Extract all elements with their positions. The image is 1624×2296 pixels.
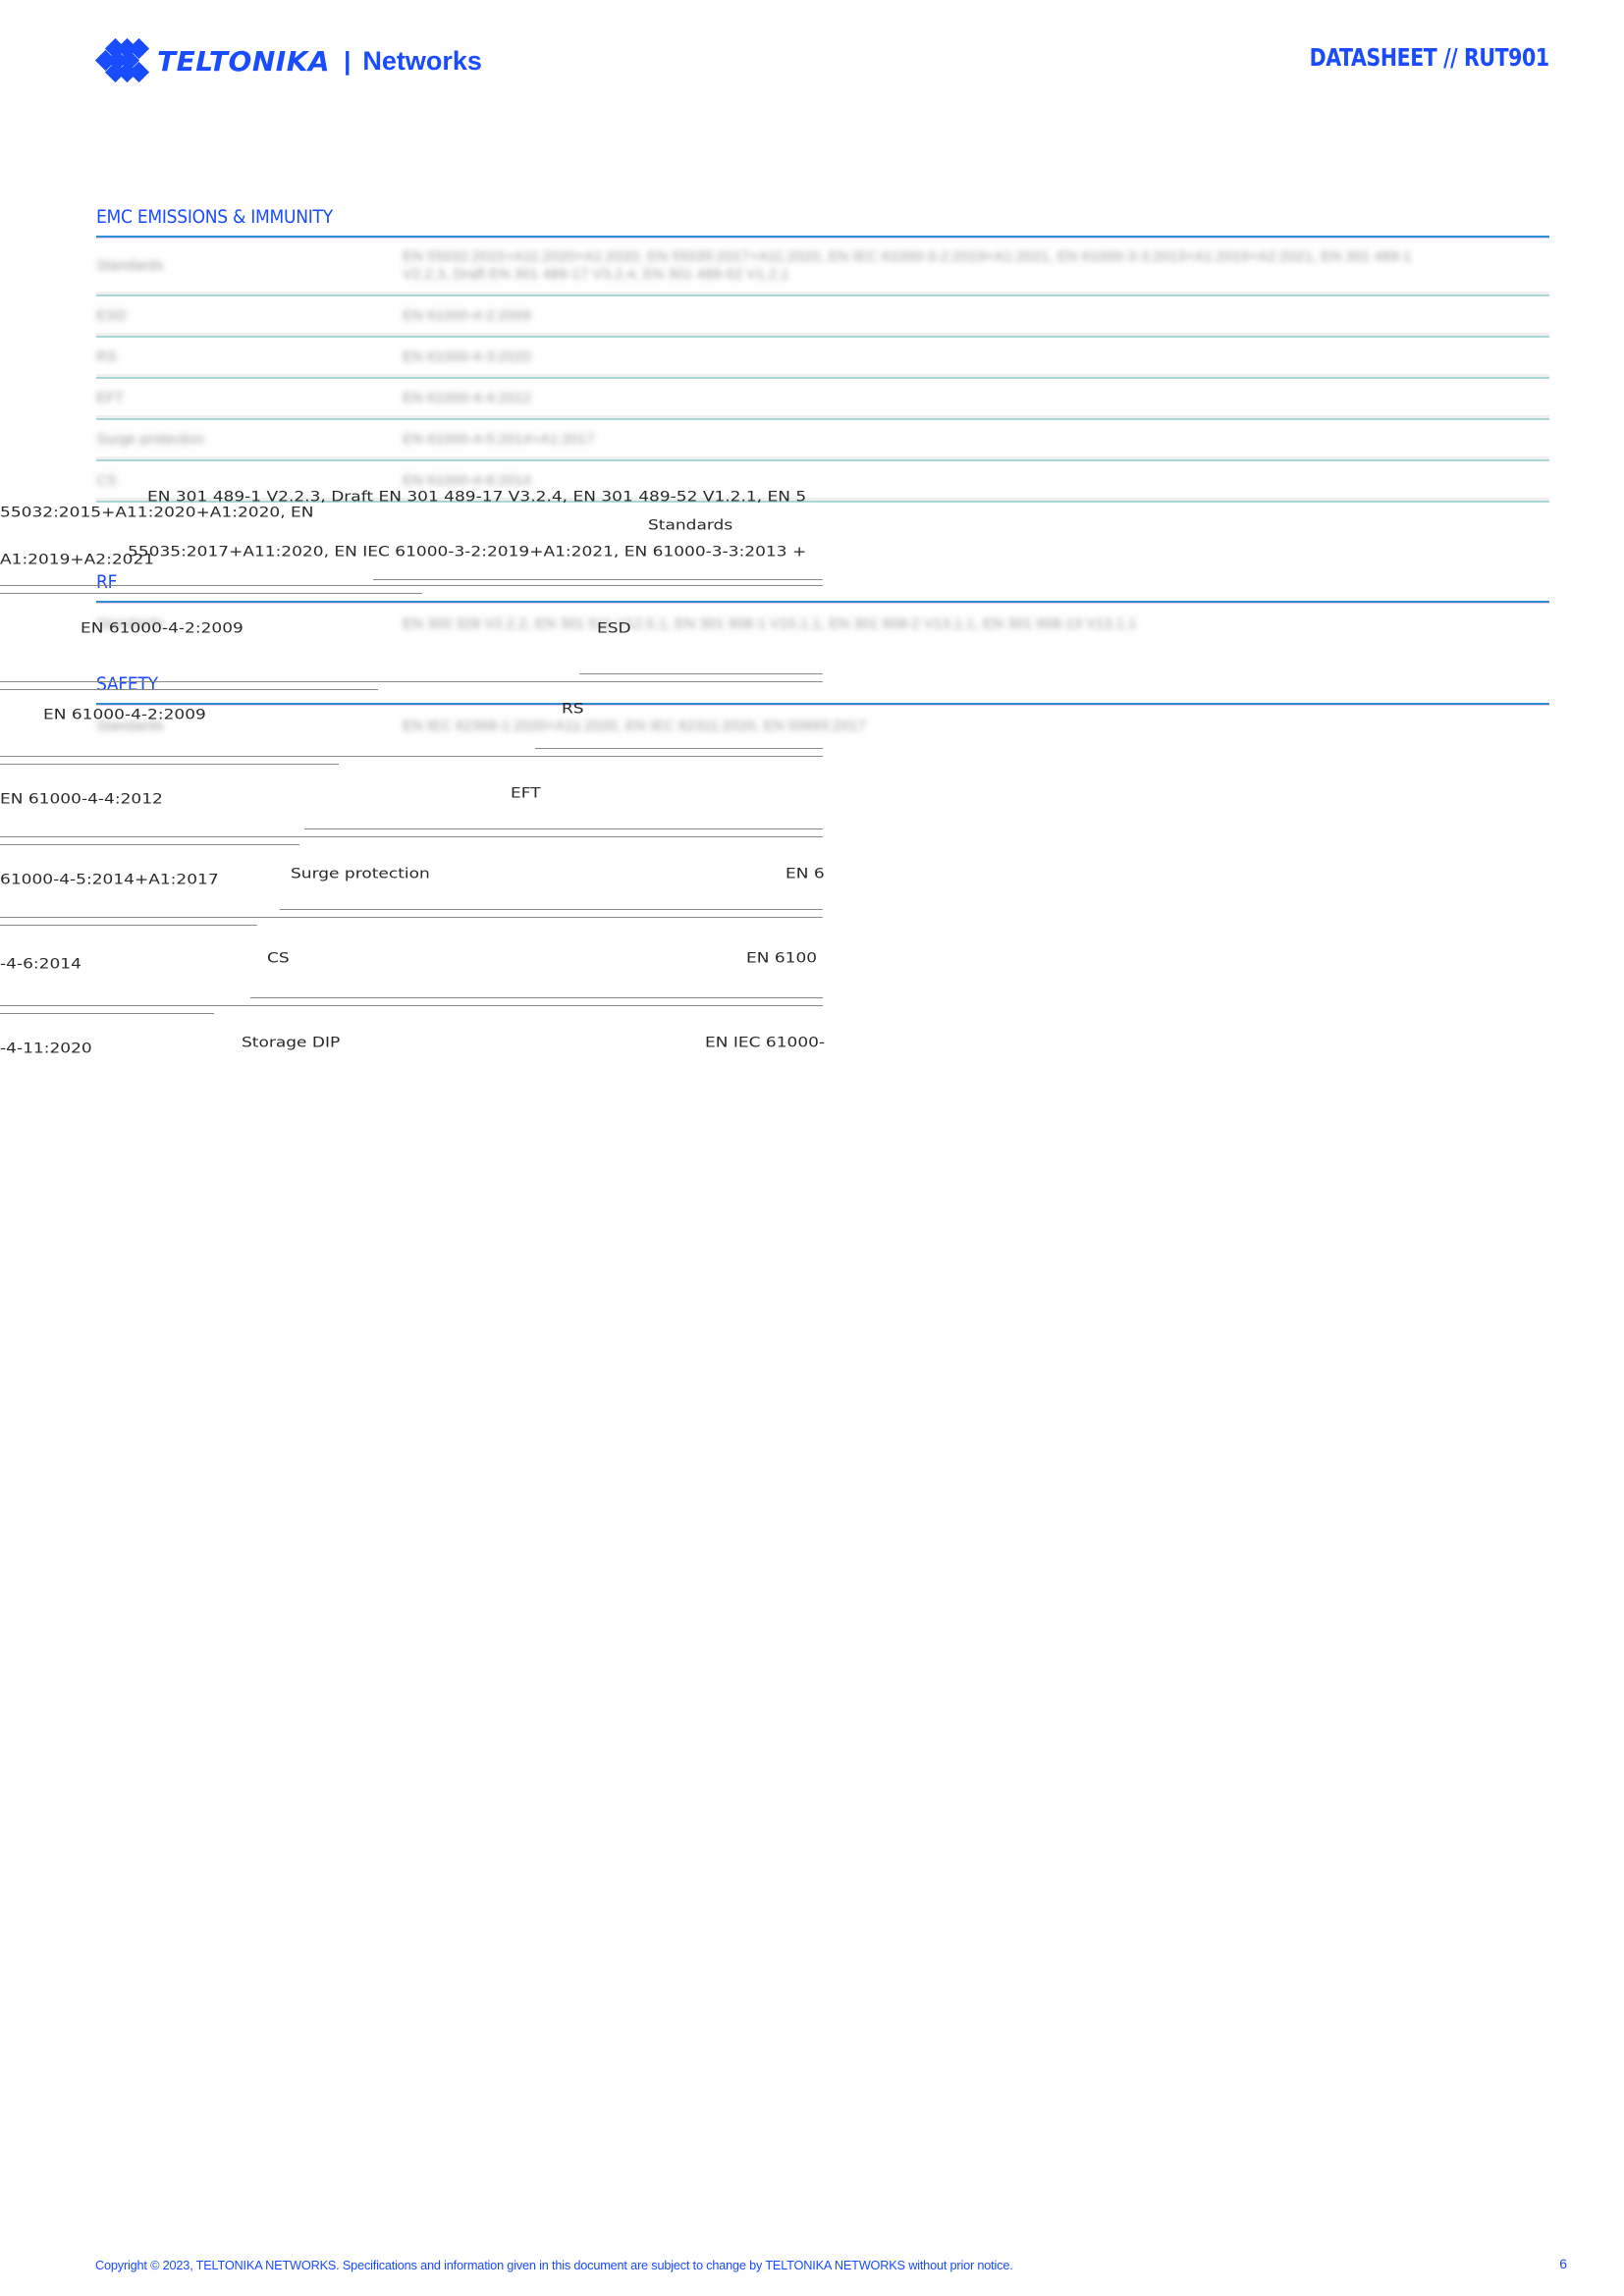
overlay-text: EN 6100 <box>746 950 817 967</box>
overlay-rule <box>304 828 823 829</box>
copyright-notice: Copyright © 2023, TELTONIKA NETWORKS. Sp… <box>95 2258 1013 2272</box>
row-label: ESD <box>96 307 403 325</box>
overlay-text: EN 6 <box>785 866 825 882</box>
table-row: RS EN 61000-4-3:2020 <box>96 338 1549 379</box>
overlay-text: Standards <box>648 517 732 534</box>
row-label: EFT <box>96 390 403 407</box>
logo-brand: TELTONIKA <box>157 45 330 78</box>
table-row: Standards EN IEC 62368-1:2020+A11:2020, … <box>96 705 1549 750</box>
overlay-rule <box>0 844 299 845</box>
section-title: EMC EMISSIONS & IMMUNITY <box>96 206 1404 236</box>
row-value: EN 61000-4-2:2009 <box>403 307 1549 325</box>
page-number: 6 <box>1559 2256 1567 2271</box>
section-title: SAFETY <box>96 673 1404 703</box>
overlay-text: CS <box>267 950 290 967</box>
overlay-text: A1:2019+A2:2021 <box>0 552 154 568</box>
section-title: RF <box>96 571 1404 601</box>
row-label: CS <box>96 472 403 490</box>
section-safety: SAFETY Standards EN IEC 62368-1:2020+A11… <box>96 673 1549 750</box>
overlay-text: 55035:2017+A11:2020, EN IEC 61000-3-2:20… <box>128 544 806 561</box>
section-rf: RF Standards EN 300 328 V2.2.2, EN 301 5… <box>96 571 1549 648</box>
row-label: Surge protection <box>96 431 403 449</box>
row-value: EN 61000-4-5:2014+A1:2017 <box>403 431 1549 449</box>
table-row: CS EN 61000-4-6:2014 <box>96 461 1549 503</box>
page-header: TELTONIKA | Networks DATASHEET // RUT901 <box>94 35 1549 94</box>
overlay-rule <box>0 925 257 926</box>
overlay-text: -4-6:2014 <box>0 956 81 973</box>
row-label: Standards <box>96 257 403 275</box>
overlay-rule <box>250 997 823 998</box>
overlay-text: EN 61000-4-4:2012 <box>0 791 163 808</box>
table-row: EFT EN 61000-4-4:2012 <box>96 379 1549 420</box>
row-label: Standards <box>96 718 403 735</box>
overlay-text: EFT <box>511 785 541 802</box>
overlay-rule <box>0 1005 823 1006</box>
table-row: Standards EN 300 328 V2.2.2, EN 301 511 … <box>96 603 1549 648</box>
table-row: Surge protection EN 61000-4-5:2014+A1:20… <box>96 420 1549 461</box>
row-value: EN 61000-4-3:2020 <box>403 348 1549 366</box>
table-row: Standards EN 55032:2015+A11:2020+A1:2020… <box>96 238 1549 296</box>
overlay-text: Storage DIP <box>242 1035 340 1051</box>
overlay-rule <box>0 917 823 918</box>
page-footer: Copyright © 2023, TELTONIKA NETWORKS. Sp… <box>95 2258 1567 2281</box>
overlay-text: -4-11:2020 <box>0 1041 92 1057</box>
row-value: EN 300 328 V2.2.2, EN 301 511 V12.5.1, E… <box>403 615 1549 633</box>
row-value: EN 55032:2015+A11:2020+A1:2020, EN 55035… <box>403 248 1549 284</box>
teltonika-logo: TELTONIKA | Networks <box>94 35 482 86</box>
section-emc: EMC EMISSIONS & IMMUNITY Standards EN 55… <box>96 206 1549 503</box>
row-value: EN 61000-4-4:2012 <box>403 390 1549 407</box>
overlay-rule <box>0 756 823 757</box>
teltonika-logo-icon <box>94 39 151 82</box>
row-label: RS <box>96 348 403 366</box>
table-row: ESD EN 61000-4-2:2009 <box>96 296 1549 338</box>
overlay-rule <box>280 909 823 910</box>
overlay-rule <box>0 836 823 837</box>
overlay-rule <box>0 764 339 765</box>
overlay-text: 61000-4-5:2014+A1:2017 <box>0 872 219 888</box>
overlay-rule <box>0 1013 214 1014</box>
row-label: Standards <box>96 615 403 633</box>
row-value: EN IEC 62368-1:2020+A11:2020, EN IEC 623… <box>403 718 1549 735</box>
logo-separator: | <box>344 46 351 77</box>
overlay-text: Surge protection <box>291 866 430 882</box>
row-value: EN 61000-4-6:2014 <box>403 472 1549 490</box>
overlay-text: EN IEC 61000- <box>705 1035 825 1051</box>
logo-subbrand: Networks <box>362 46 482 77</box>
overlay-text: 55032:2015+A11:2020+A1:2020, EN <box>0 505 314 521</box>
document-title: DATASHEET // RUT901 <box>1310 43 1549 72</box>
